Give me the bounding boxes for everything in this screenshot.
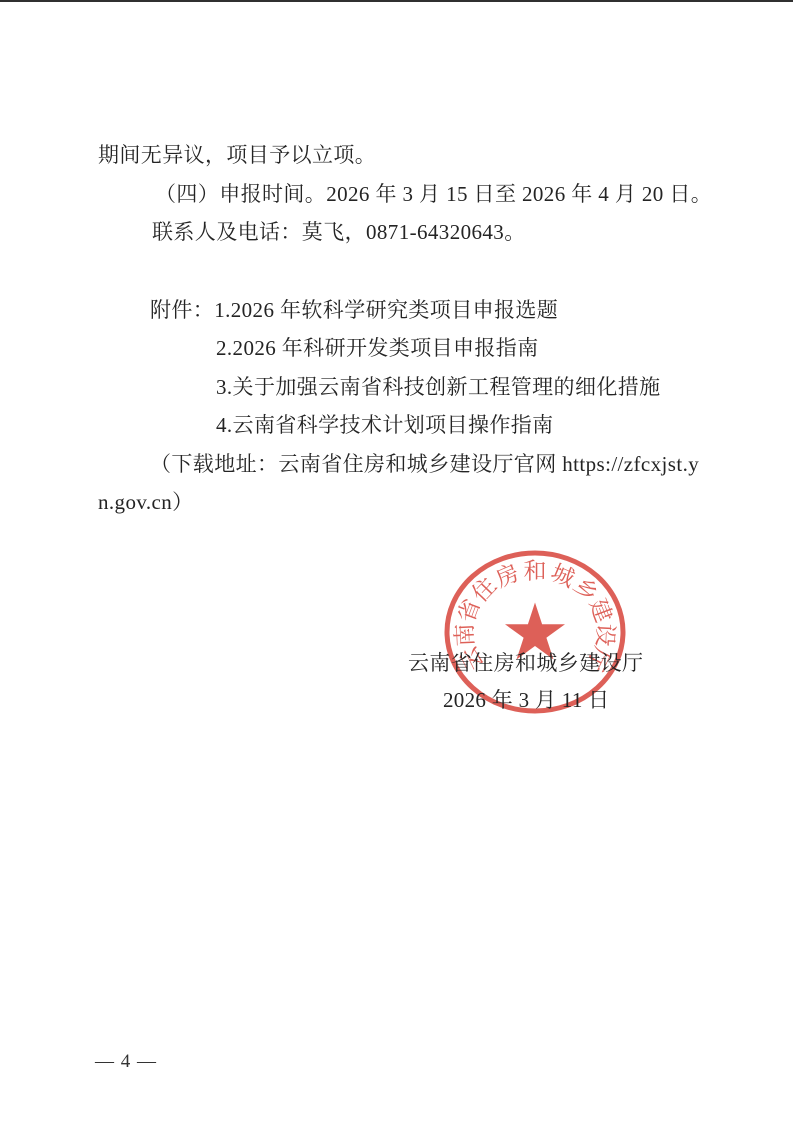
document-body: 期间无异议，项目予以立项。 （四）申报时间。2026 年 3 月 15 日至 2… [98,136,738,522]
scan-edge-line [0,0,793,2]
body-line-3: 联系人及电话：莫飞，0871-64320643。 [152,213,738,252]
attachments-label: 附件： [150,298,214,322]
download-address-line-1: （下载地址：云南省住房和城乡建设厅官网 https://zfcxjst.y [150,445,738,484]
blank-line-spacer [98,252,738,291]
download-address-line-2: n.gov.cn） [98,483,738,522]
body-line-1: 期间无异议，项目予以立项。 [98,136,738,175]
signature-organization: 云南省住房和城乡建设厅 [408,652,643,675]
attachments-first-line: 附件：1.2026 年软科学研究类项目申报选题 [150,291,738,330]
page-number: — 4 — [95,1051,157,1073]
body-line-2: （四）申报时间。2026 年 3 月 15 日至 2026 年 4 月 20 日… [155,175,738,214]
attachment-item-3: 3.关于加强云南省科技创新工程管理的细化措施 [216,368,738,407]
attachment-item-2: 2.2026 年科研开发类项目申报指南 [216,329,738,368]
signature-date: 2026 年 3 月 11 日 [443,689,609,712]
attachment-item-4: 4.云南省科学技术计划项目操作指南 [216,406,738,445]
seal-arc-char: 设 [592,623,618,647]
attachment-item-1: 1.2026 年软科学研究类项目申报选题 [214,298,558,322]
seal-arc-char: 南 [452,623,478,647]
seal-arc-char: 和 [524,559,547,584]
document-page: 期间无异议，项目予以立项。 （四）申报时间。2026 年 3 月 15 日至 2… [0,0,793,1122]
